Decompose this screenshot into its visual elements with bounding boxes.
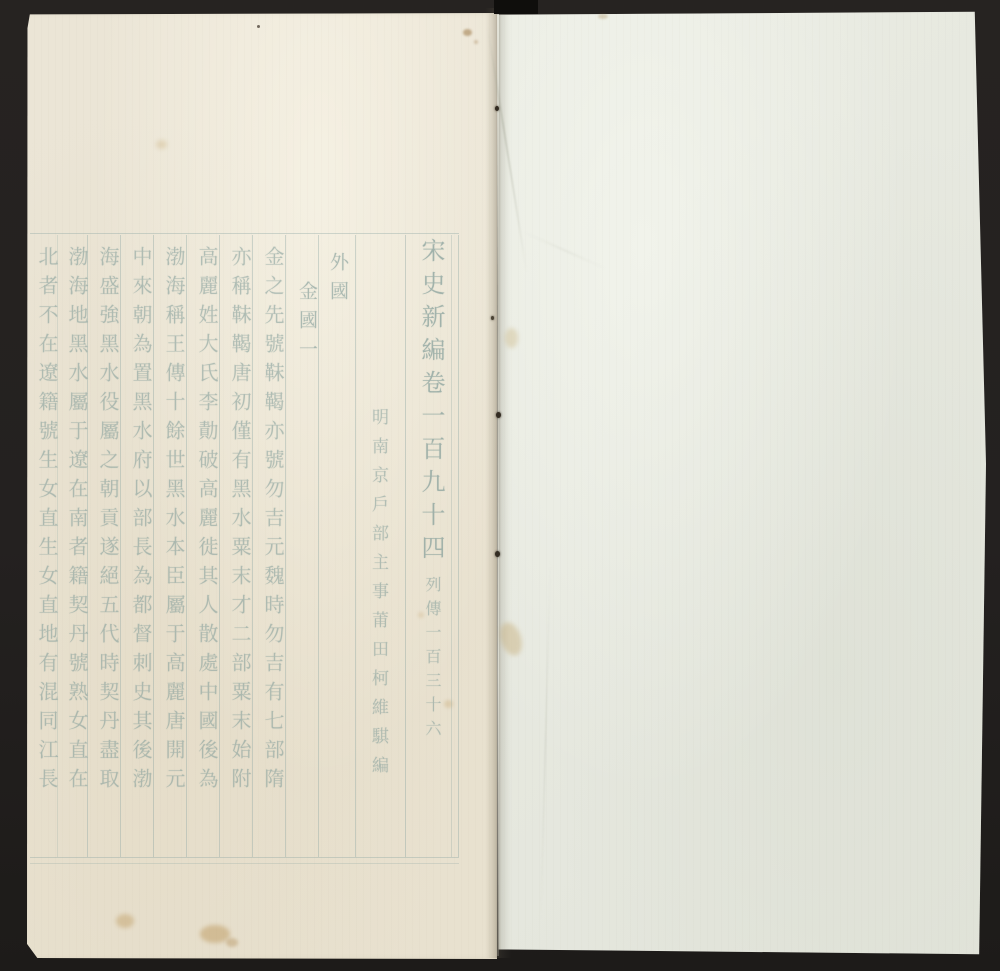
body-text-column: 渤海稱王傳十餘世黑水本臣屬于高麗唐開元 (160, 246, 189, 797)
stitch-hole (495, 551, 500, 557)
body-text-column: 海盛強黑水役屬之朝貢遂絕五代時契丹盡取 (94, 246, 123, 797)
book-scan: 宋史新編卷一百九十四 列傳一百三十六 明南京戶部主事莆田柯維騏編 外國 金國一 … (0, 0, 1000, 971)
right-page (497, 8, 986, 958)
column-rule (405, 235, 406, 857)
body-text-column: 亦稱靺鞨唐初僅有黑水粟末才二部粟末始附 (226, 246, 255, 797)
binding-notch (494, 0, 538, 14)
compiler-column: 明南京戶部主事莆田柯維騏編 (366, 408, 391, 785)
column-rule (355, 235, 356, 857)
body-text-column: 中來朝為置黑水府以部長為都督刺史其後渤 (127, 246, 156, 797)
column-rule (451, 235, 452, 857)
spine-fold-line (497, 10, 499, 956)
stitch-hole (496, 412, 501, 418)
section-number-column: 列傳一百三十六 (421, 576, 444, 744)
body-text-column: 渤海地黑水屬于遼在南者籍契丹號熟女直在 (63, 246, 92, 797)
frame-bottom-rule (30, 857, 459, 858)
volume-title-column: 宋史新編卷一百九十四 (414, 238, 449, 568)
chapter-heading-column: 外國 (325, 252, 352, 310)
column-rule (458, 235, 459, 857)
stitch-hole (495, 106, 499, 111)
body-text-column: 北者不在遼籍號生女直生女直地有混同江長 (33, 246, 62, 797)
body-text-column: 金之先號靺鞨亦號勿吉元魏時勿吉有七部隋 (259, 246, 288, 797)
frame-top-rule (30, 233, 459, 234)
stitch-hole (491, 316, 494, 320)
frame-bottom-rule (30, 863, 459, 864)
body-text-column: 高麗姓大氏李勣破高麗徙其人散處中國後為 (193, 246, 222, 797)
paper-grain (497, 8, 986, 958)
subsection-heading-column: 金國一 (294, 281, 321, 368)
